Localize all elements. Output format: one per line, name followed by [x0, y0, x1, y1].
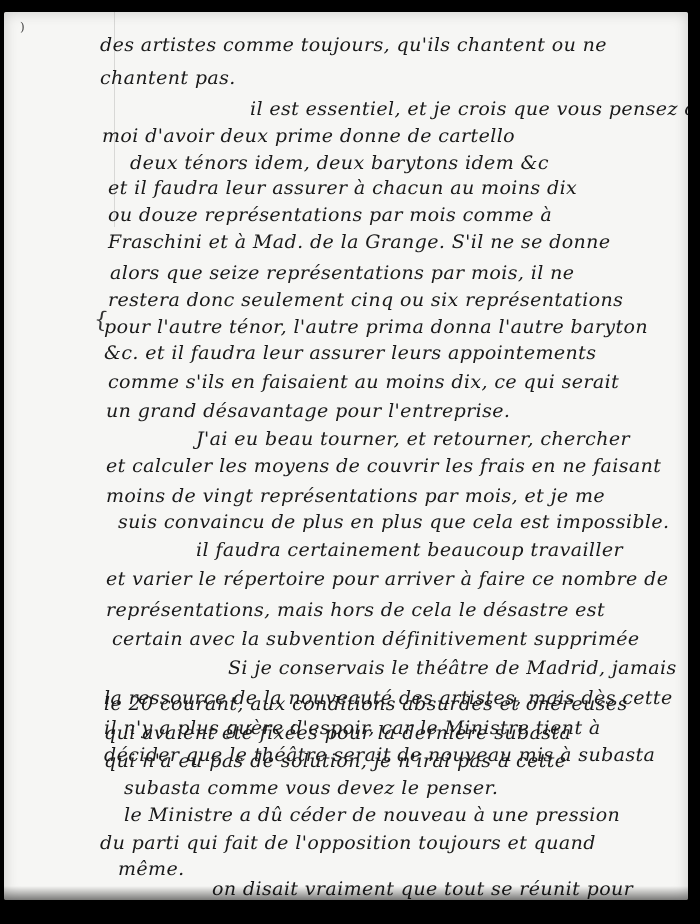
- text-line: deux ténors idem, deux barytons idem &c: [130, 152, 549, 174]
- text-line: Fraschini et à Mad. de la Grange. S'il n…: [108, 231, 610, 253]
- text-line: et varier le répertoire pour arriver à f…: [106, 568, 668, 590]
- text-line: il faudra certainement beaucoup travaill…: [196, 539, 623, 561]
- text-line: un grand désavantage pour l'entreprise.: [106, 400, 510, 422]
- text-line: comme s'ils en faisaient au moins dix, c…: [108, 371, 619, 393]
- corner-mark: ): [20, 20, 25, 34]
- text-line: qui avaient été fixées pour la dernière …: [104, 722, 571, 744]
- text-line: chantent pas.: [100, 67, 236, 89]
- text-line: restera donc seulement cinq ou six repré…: [108, 289, 623, 311]
- text-line: moins de vingt représentations par mois,…: [106, 485, 605, 507]
- text-line: Si je conservais le théâtre de Madrid, j…: [228, 657, 677, 679]
- text-line: subasta comme vous devez le penser.: [124, 777, 498, 799]
- text-line: des artistes comme toujours, qu'ils chan…: [100, 34, 607, 56]
- text-line: moi d'avoir deux prime donne de cartello: [102, 125, 515, 147]
- text-line: représentations, mais hors de cela le dé…: [106, 599, 605, 621]
- text-line: et calculer les moyens de couvrir les fr…: [106, 455, 661, 477]
- text-line: même.: [118, 858, 185, 880]
- text-line: J'ai eu beau tourner, et retourner, cher…: [196, 428, 630, 450]
- text-line: ou douze représentations par mois comme …: [108, 204, 552, 226]
- text-line: il est essentiel, et je crois que vous p…: [250, 98, 688, 120]
- text-line: suis convaincu de plus en plus que cela …: [118, 511, 669, 533]
- text-line: le 20 courant, aux conditions absurdes e…: [104, 693, 628, 715]
- text-line: du parti qui fait de l'opposition toujou…: [100, 832, 596, 854]
- text-line: le Ministre a dû céder de nouveau à une …: [124, 804, 620, 826]
- text-line: et il faudra leur assurer à chacun au mo…: [108, 177, 577, 199]
- text-line: qui n'a eu pas de solution, je n'irai pa…: [104, 750, 566, 772]
- letter-page: ) { des artistes comme toujours, qu'ils …: [4, 12, 688, 900]
- text-line: &c. et il faudra leur assurer leurs appo…: [104, 342, 596, 364]
- text-line: on disait vraiment que tout se réunit po…: [212, 878, 633, 900]
- text-line: alors que seize représentations par mois…: [110, 262, 574, 284]
- text-line: pour l'autre ténor, l'autre prima donna …: [104, 316, 648, 338]
- text-line: certain avec la subvention définitivemen…: [112, 628, 640, 650]
